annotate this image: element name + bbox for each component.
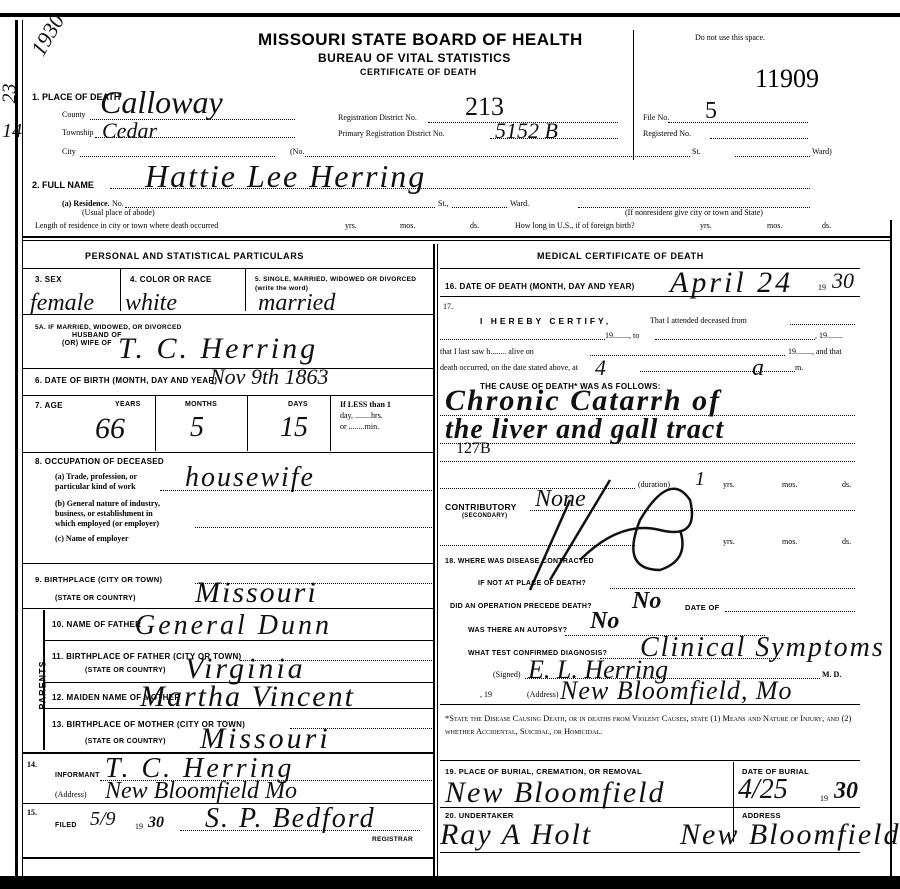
father-value: General Dunn bbox=[135, 610, 332, 642]
death-hour-value: 4 bbox=[595, 355, 606, 381]
date-of-death-value: April 24 bbox=[670, 266, 793, 300]
mother-birthplace-state-label: (STATE OR COUNTRY) bbox=[85, 738, 166, 745]
office-note: Do not use this space. bbox=[695, 33, 765, 42]
township-label: Township bbox=[62, 128, 93, 137]
margin-year: 1930 bbox=[26, 9, 71, 60]
primary-reg-value: 5152 B bbox=[495, 118, 558, 144]
column-divider bbox=[433, 244, 435, 880]
certify-text-f: 19........, and that bbox=[788, 347, 842, 356]
footnote: *State the Disease Causing Death, or in … bbox=[445, 712, 855, 738]
less-than-label-c: or ........min. bbox=[340, 422, 379, 431]
item-17-label: 17. bbox=[443, 302, 453, 311]
abode-note: (Usual place of abode) bbox=[82, 208, 155, 217]
personal-section-title: PERSONAL AND STATISTICAL PARTICULARS bbox=[85, 251, 304, 261]
left-border-inner bbox=[22, 20, 23, 880]
file-no-label: File No. bbox=[643, 113, 669, 122]
death-ampm-value: a bbox=[752, 355, 764, 382]
disease-contracted-label-b: IF NOT AT PLACE OF DEATH? bbox=[478, 580, 586, 587]
spouse-value: T. C. Herring bbox=[118, 332, 318, 366]
burial-year-prefix: 19 bbox=[820, 794, 828, 803]
registrar-label: REGISTRAR bbox=[372, 836, 413, 843]
sex-value: female bbox=[30, 290, 94, 317]
autopsy-value: No bbox=[590, 608, 619, 635]
trade-label-b: particular kind of work bbox=[55, 482, 136, 491]
burial-place-value: New Bloomfield bbox=[445, 776, 665, 810]
operation-date-label: DATE OF bbox=[685, 603, 719, 612]
filed-date-value: 5/9 bbox=[90, 808, 116, 831]
sex-label: 3. SEX bbox=[35, 275, 62, 284]
test-confirmed-value: Clinical Symptoms bbox=[640, 632, 885, 664]
city-no-label: (No. bbox=[290, 147, 304, 156]
operation-label: DID AN OPERATION PRECEDE DEATH? bbox=[450, 603, 592, 610]
date-of-death-label: 16. DATE OF DEATH (MONTH, DAY AND YEAR) bbox=[445, 282, 635, 291]
primary-reg-label: Primary Registration District No. bbox=[338, 129, 445, 138]
header-doc-type: CERTIFICATE OF DEATH bbox=[360, 67, 477, 77]
certify-text-d: , 19........ bbox=[815, 331, 843, 340]
filed-year-prefix: 19 bbox=[135, 822, 143, 831]
burial-year-value: 30 bbox=[834, 778, 858, 805]
certify-text-g: death occurred, on the date stated above… bbox=[440, 363, 578, 372]
date-of-death-year: 30 bbox=[832, 268, 854, 294]
birthplace-value: Missouri bbox=[195, 576, 318, 610]
burial-place-label: 19. PLACE OF BURIAL, CREMATION, OR REMOV… bbox=[445, 767, 642, 776]
informant-address-label: (Address) bbox=[55, 790, 87, 799]
certificate-number: 11909 bbox=[755, 64, 819, 94]
township-value: Cedar bbox=[102, 118, 157, 144]
header-subtitle: BUREAU OF VITAL STATISTICS bbox=[318, 51, 511, 65]
industry-label-c: which employed (or employer) bbox=[55, 519, 159, 528]
certify-text-e: that I last saw h........ alive on bbox=[440, 347, 534, 356]
right-border bbox=[890, 220, 892, 880]
nonresident-note: (If nonresident give city or town and St… bbox=[625, 208, 763, 217]
bottom-border bbox=[0, 876, 900, 889]
age-days-label: DAYS bbox=[288, 401, 308, 408]
full-name-value: Hattie Lee Herring bbox=[145, 158, 426, 195]
signed-label: (Signed) bbox=[493, 670, 521, 679]
parents-side-label: PARENTS bbox=[38, 660, 48, 709]
burial-date-value: 4/25 bbox=[738, 774, 788, 806]
physician-address-label: (Address) bbox=[527, 690, 559, 699]
registrar-value: S. P. Bedford bbox=[205, 803, 376, 835]
certify-text-b: That I attended deceased from bbox=[650, 316, 747, 325]
medical-section-title: MEDICAL CERTIFICATE OF DEATH bbox=[537, 251, 704, 261]
top-border bbox=[0, 13, 900, 17]
left-border bbox=[15, 20, 18, 880]
initials-scribble bbox=[500, 460, 720, 600]
disease-contracted-label: 18. WHERE WAS DISEASE CONTRACTED bbox=[445, 558, 594, 565]
industry-label-b: business, or establishment in bbox=[55, 509, 153, 518]
mother-birthplace-value: Missouri bbox=[200, 722, 331, 756]
spouse-label-b: HUSBAND OF bbox=[72, 332, 122, 339]
reg-district-label: Registration District No. bbox=[338, 113, 417, 122]
age-label: 7. AGE bbox=[35, 401, 63, 410]
age-years-label: YEARS bbox=[115, 401, 141, 408]
race-label: 4. COLOR OR RACE bbox=[130, 275, 212, 284]
residence-st-label: St., bbox=[438, 199, 449, 208]
filed-label: FILED bbox=[55, 822, 77, 829]
race-value: white bbox=[125, 290, 177, 317]
dob-label: 6. DATE OF BIRTH (MONTH, DAY AND YEAR) bbox=[35, 376, 217, 385]
physician-year-label: , 19 bbox=[480, 690, 492, 699]
cause-line-1: Chronic Catarrh of bbox=[445, 384, 721, 418]
birthplace-state-label: (STATE OR COUNTRY) bbox=[55, 595, 136, 602]
employer-label: (c) Name of employer bbox=[55, 534, 129, 543]
certify-heading: I HEREBY CERTIFY, bbox=[480, 316, 611, 326]
residence-label: (a) Residence. bbox=[62, 199, 110, 208]
less-than-label-a: If LESS than 1 bbox=[340, 400, 391, 409]
spouse-label-a: 5A. IF MARRIED, WIDOWED, OR DIVORCED bbox=[35, 324, 182, 331]
county-label: County bbox=[62, 110, 86, 119]
header-divider bbox=[633, 30, 634, 160]
filing-number: 15. bbox=[27, 808, 37, 817]
physician-address-value: New Bloomfield, Mo bbox=[560, 676, 792, 706]
father-birthplace-state-label: (STATE OR COUNTRY) bbox=[85, 667, 166, 674]
occupation-label: 8. OCCUPATION OF DECEASED bbox=[35, 457, 164, 466]
informant-address-value: New Bloomfield Mo bbox=[105, 778, 297, 805]
undertaker-address-value: New Bloomfield bbox=[680, 818, 900, 852]
autopsy-label: WAS THERE AN AUTOPSY? bbox=[468, 627, 567, 634]
registered-no-label: Registered No. bbox=[643, 129, 691, 138]
date-of-death-year-prefix: 19 bbox=[818, 283, 826, 292]
margin-number-a: 23 bbox=[0, 84, 22, 104]
spouse-label-c: (OR) WIFE OF bbox=[62, 340, 112, 347]
age-months-value: 5 bbox=[190, 412, 204, 444]
birthplace-label: 9. BIRTHPLACE (CITY OR TOWN) bbox=[35, 575, 162, 584]
undertaker-value: Ray A Holt bbox=[440, 818, 592, 852]
city-st-label: St. bbox=[692, 147, 701, 156]
file-no-value: 5 bbox=[705, 98, 717, 125]
city-ward-label: Ward) bbox=[812, 147, 832, 156]
length-of-residence-label: Length of residence in city or town wher… bbox=[35, 221, 218, 230]
marital-value: married bbox=[258, 290, 335, 317]
filed-year-value: 30 bbox=[148, 814, 164, 832]
foreign-birth-label: How long in U.S., if of foreign birth? bbox=[515, 221, 635, 230]
cause-code: 127B bbox=[456, 440, 491, 458]
informant-label: INFORMANT bbox=[55, 772, 100, 779]
county-value: Calloway bbox=[100, 84, 223, 121]
age-years-value: 66 bbox=[95, 412, 125, 446]
dob-value: Nov 9th 1863 bbox=[210, 364, 329, 390]
father-label: 10. NAME OF FATHER bbox=[52, 620, 141, 629]
occupation-value: housewife bbox=[185, 462, 315, 494]
informant-number: 14. bbox=[27, 760, 37, 769]
operation-value: No bbox=[632, 588, 661, 615]
less-than-label-b: day, ........hrs. bbox=[340, 411, 383, 420]
residence-no-label: No. bbox=[112, 199, 124, 208]
residence-ward-label: Ward. bbox=[510, 199, 529, 208]
header-title: MISSOURI STATE BOARD OF HEALTH bbox=[258, 30, 583, 50]
age-days-value: 15 bbox=[280, 412, 308, 444]
city-label: City bbox=[62, 147, 76, 156]
trade-label-a: (a) Trade, profession, or bbox=[55, 472, 137, 481]
margin-number-b: 14 bbox=[2, 120, 22, 143]
age-months-label: MONTHS bbox=[185, 401, 217, 408]
certify-text-c: 19........, to bbox=[605, 331, 639, 340]
md-label: M. D. bbox=[822, 670, 841, 679]
industry-label-a: (b) General nature of industry, bbox=[55, 499, 160, 508]
full-name-label: 2. FULL NAME bbox=[32, 180, 94, 190]
